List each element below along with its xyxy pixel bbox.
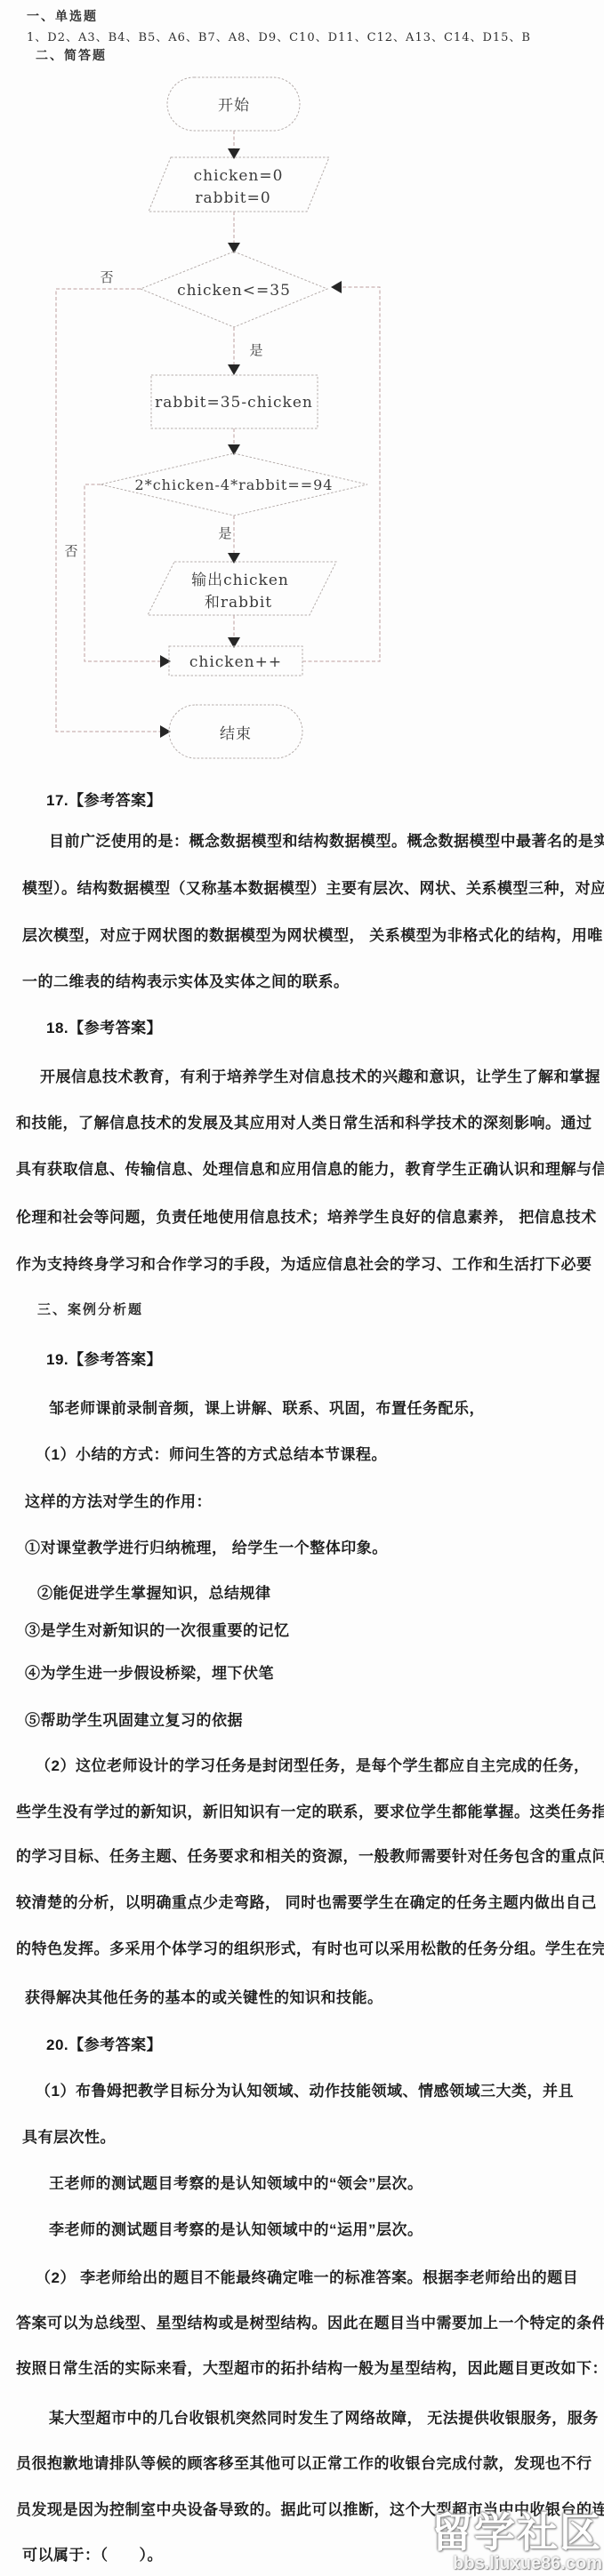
answer20-line: （1）布鲁姆把教学目标分为认知领域、动作技能领域、情感领域三大类，并且 xyxy=(36,2078,574,2100)
answer18-line: 伦理和社会等问题，负责任地使用信息技术；培养学生良好的信息素养， 把信息技术 xyxy=(16,1204,597,1227)
start-label: 开始 xyxy=(218,97,250,115)
answer20-line: （2） 李老师给出的题目不能最终确定唯一的标准答案。根据李老师给出的题目 xyxy=(36,2265,578,2287)
section1-title: 一、单选题 xyxy=(27,7,98,25)
answer18-line: 开展信息技术教育，有利于培养学生对信息技术的兴趣和意识，让学生了解和掌握 xyxy=(40,1064,600,1086)
section3-title: 三、案例分析题 xyxy=(37,1300,143,1318)
init-line1: chicken=0 xyxy=(194,167,284,185)
answer19-line: ④为学生进一步假设桥梁，埋下伏笔 xyxy=(25,1660,274,1683)
answer20-heading: 20.【参考答案】 xyxy=(46,2032,162,2054)
answer20-line: 某大型超市中的几台收银机突然同时发生了网络故障， 无法提供收银服务，服务 xyxy=(49,2405,599,2428)
answer19-heading: 19.【参考答案】 xyxy=(46,1347,162,1369)
output-line2: 和rabbit xyxy=(205,594,272,612)
watermark-logo: 留学社区 xyxy=(431,2512,602,2553)
watermark: 留学社区 bbs.liuxue86.com xyxy=(431,2512,602,2574)
output-line1: 输出chicken xyxy=(191,572,289,589)
yes-label-1: 是 xyxy=(249,342,262,358)
answer19-line: ②能促进学生掌握知识，总结规律 xyxy=(37,1580,271,1603)
answer18-line: 作为支持终身学习和合作学习的手段，为适应信息社会的学习、工作和生活打下必要 xyxy=(16,1252,592,1274)
end-label: 结束 xyxy=(220,725,252,743)
arrowhead-loop-into-decision1 xyxy=(331,281,342,293)
answer18-line: 具有获取信息、传输信息、处理信息和应用信息的能力，教育学生正确认识和理解与信 xyxy=(16,1156,604,1179)
answer19-line: （1）小结的方式：师问生答的方式总结本节课程。 xyxy=(36,1442,387,1464)
connector-loop-back xyxy=(302,287,380,661)
answer18-line: 和技能，了解信息技术的发展及其应用对人类日常生活和科学技术的深刻影响。通过 xyxy=(16,1110,592,1132)
answer20-line: 按照日常生活的实际来看，大型超市的拓扑结构一般为星型结构，因此题目更改如下： xyxy=(16,2356,604,2378)
flowchart: 开始 chicken=0 rabbit=0 chicken<=35 rabbit… xyxy=(0,49,409,773)
answer20-line: 答案可以为总线型、星型结构或是树型结构。因此在题目当中需要加上一个特定的条件 xyxy=(16,2310,604,2332)
answer19-line: 获得解决其他任务的基本的或关键性的知识和技能。 xyxy=(25,1985,383,2007)
answer20-line: 可以属于：（ ）。 xyxy=(22,2542,163,2564)
answer19-line: 些学生没有学过的新知识，新旧知识有一定的联系，要求位学生都能掌握。这类任务指 xyxy=(16,1799,604,1821)
answer19-line: 的特色发挥。多采用个体学习的组织形式，有时也可以采用松散的任务分组。学生在完 xyxy=(16,1936,604,1958)
connector-no1-to-end xyxy=(56,289,160,732)
answer20-line: 李老师的测试题目考察的是认知领域中的“运用”层次。 xyxy=(49,2217,423,2239)
arrowhead-down-1 xyxy=(228,148,240,159)
answer17-line: 目前广泛使用的是：概念数据模型和结构数据模型。概念数据模型中最著名的是实体 xyxy=(49,828,604,851)
init-line2: rabbit=0 xyxy=(195,189,270,207)
answer19-line: 邹老师课前录制音频，课上讲解、联系、巩固，布置任务配乐， xyxy=(49,1396,485,1418)
answer19-line: 的学习目标、任务主题、任务要求和相关的资源，一般教师需要针对任务包含的重点问 xyxy=(16,1844,604,1866)
yes-label-2: 是 xyxy=(218,525,231,541)
answer17-line: 一的二维表的结构表示实体及实体之间的联系。 xyxy=(22,969,350,991)
multiple-choice-answers: 1、D2、A3、B4、B5、A6、B7、A8、D9、C10、D11、C12、A1… xyxy=(27,28,531,44)
answer19-line: 这样的方法对学生的作用： xyxy=(25,1489,212,1511)
arrowhead-down-3 xyxy=(228,364,240,375)
increment-label: chicken++ xyxy=(189,653,282,671)
answer17-line: 层次模型，对应于网状图的数据模型为网状模型， 关系模型为非格式化的结构，用唯 xyxy=(22,923,603,945)
arrowhead-down-5 xyxy=(228,553,240,564)
answer17-heading: 17.【参考答案】 xyxy=(46,788,162,810)
answer19-line: ⑤帮助学生巩固建立复习的依据 xyxy=(25,1708,243,1730)
no-label-1: 否 xyxy=(100,269,113,285)
answer19-line: ①对课堂教学进行归纳梳理， 给学生一个整体印象。 xyxy=(25,1535,388,1557)
answer19-line: ③是学生对新知识的一次很重要的记忆 xyxy=(25,1618,290,1640)
answer19-line: 较清楚的分析，以明确重点少走弯路， 同时也需要学生在确定的任务主题内做出自己 xyxy=(16,1890,597,1912)
connector-no2-to-increment xyxy=(85,484,160,661)
answer20-line: 王老师的测试题目考察的是认知领域中的“领会”层次。 xyxy=(49,2171,423,2193)
answer20-line: 具有层次性。 xyxy=(22,2124,116,2147)
watermark-url: bbs.liuxue86.com xyxy=(431,2553,602,2574)
answer18-heading: 18.【参考答案】 xyxy=(46,1015,162,1037)
answer19-line: （2）这位老师设计的学习任务是封闭型任务，是每个学生都应自主完成的任务， xyxy=(36,1753,589,1775)
decision2-label: 2*chicken-4*rabbit==94 xyxy=(135,476,334,493)
process1-label: rabbit=35-chicken xyxy=(155,394,313,412)
no-label-2: 否 xyxy=(64,543,77,559)
decision1-label: chicken<=35 xyxy=(177,282,291,300)
answer17-line: 模型）。结构数据模型（又称基本数据模型）主要有层次、网状、关系模型三种，对应 xyxy=(22,876,604,898)
answer20-line: 员很抱歉地请排队等候的顾客移至其他可以正常工作的收银台完成付款，发现也不行 xyxy=(16,2451,592,2473)
